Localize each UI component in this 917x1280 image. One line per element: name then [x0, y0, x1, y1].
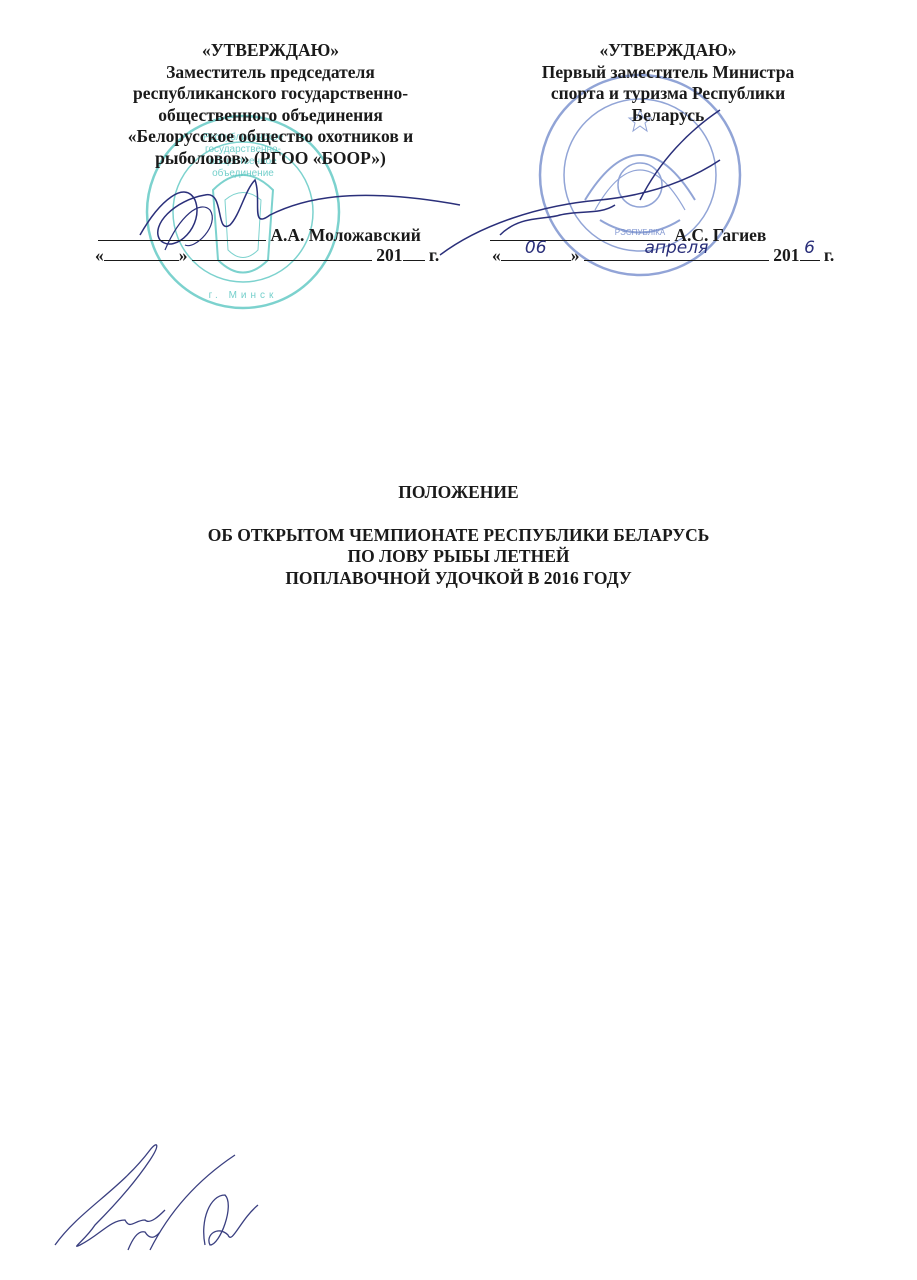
left-date-month	[192, 244, 372, 261]
left-signature-line: А.А. Моложавский	[98, 224, 421, 246]
right-date-day: 06	[501, 244, 571, 261]
left-date-day	[104, 244, 179, 261]
boor-stamp-city: г. Минск	[209, 290, 278, 301]
right-date-month: апреля	[584, 244, 769, 261]
left-approval-heading: «УТВЕРЖДАЮ»	[88, 40, 453, 62]
document-title-block: ПОЛОЖЕНИЕ ОБ ОТКРЫТОМ ЧЕМПИОНАТЕ РЕСПУБЛ…	[0, 482, 917, 589]
left-date-close-quote: »	[179, 245, 188, 265]
document-subtitle-line: ПО ЛОВУ РЫБЫ ЛЕТНЕЙ	[0, 546, 917, 568]
left-date-open-quote: «	[95, 245, 104, 265]
right-date-year-prefix: 201	[773, 245, 799, 265]
left-date-line: «» 201 г.	[95, 244, 439, 266]
right-approval-block: «УТВЕРЖДАЮ» Первый заместитель Министра …	[478, 40, 858, 126]
bottom-initials-signature	[55, 1145, 258, 1250]
left-date-year-suffix	[403, 244, 425, 261]
right-date-close-quote: »	[571, 245, 580, 265]
right-date-year-suffix: 6	[800, 244, 820, 261]
document-title: ПОЛОЖЕНИЕ	[0, 482, 917, 504]
right-approval-line: Беларусь	[478, 105, 858, 127]
left-date-year-prefix: 201	[376, 245, 402, 265]
left-approval-line: республиканского государственно-	[88, 83, 453, 105]
right-approval-line: Первый заместитель Министра	[478, 62, 858, 84]
left-approval-line: Заместитель председателя	[88, 62, 453, 84]
document-subtitle-line: ПОПЛАВОЧНОЙ УДОЧКОЙ В 2016 ГОДУ	[0, 568, 917, 590]
left-approval-line: общественного объединения	[88, 105, 453, 127]
right-date-line: «06» апреля 2016 г.	[492, 244, 834, 266]
right-approval-line: спорта и туризма Республики	[478, 83, 858, 105]
stamps-layer: Республиканское государственно- обществе…	[0, 0, 917, 1280]
left-approval-line: рыболовов» (РГОО «БООР»)	[88, 148, 453, 170]
right-approval-heading: «УТВЕРЖДАЮ»	[478, 40, 858, 62]
left-signature-blank	[98, 224, 266, 241]
left-date-year-unit: г.	[429, 245, 439, 265]
right-date-year-unit: г.	[824, 245, 834, 265]
left-signatory-name: А.А. Моложавский	[270, 225, 420, 245]
document-subtitle-line: ОБ ОТКРЫТОМ ЧЕМПИОНАТЕ РЕСПУБЛИКИ БЕЛАРУ…	[0, 525, 917, 547]
left-approval-block: «УТВЕРЖДАЮ» Заместитель председателя рес…	[88, 40, 453, 169]
left-approval-line: «Белорусское общество охотников и	[88, 126, 453, 148]
right-date-open-quote: «	[492, 245, 501, 265]
